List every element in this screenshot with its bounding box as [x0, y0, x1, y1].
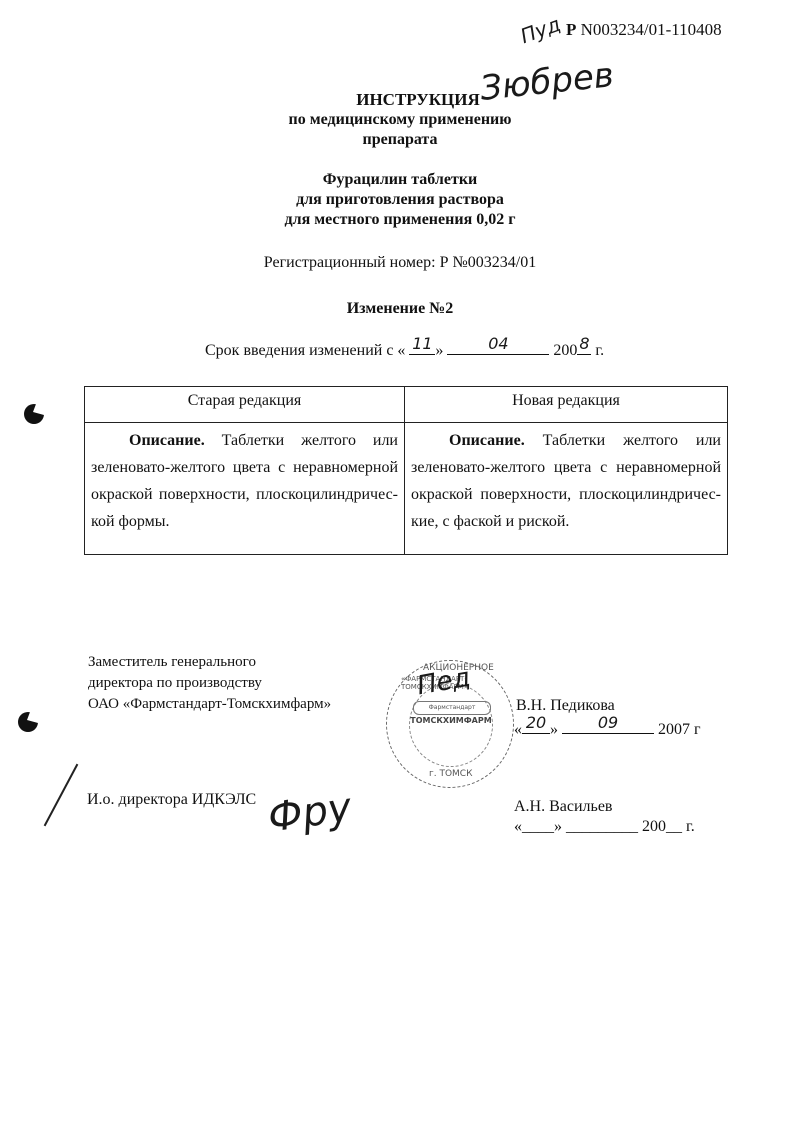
signer-1-date-open: «: [514, 721, 522, 738]
document-subtitle-line-1: по медицинскому применению: [0, 110, 800, 130]
signer-1-position-line-1: Заместитель генерального: [88, 652, 331, 673]
table-header-new-version: Новая редакция: [405, 387, 727, 423]
changes-table: Старая редакция Новая редакция Описание.…: [84, 386, 728, 555]
document-title: ИНСТРУКЦИЯ: [0, 90, 800, 110]
old-description-label: Описание.: [129, 432, 205, 449]
signer-1-day-field: 20: [522, 717, 550, 734]
punch-hole-icon: [24, 404, 44, 424]
signer-1-day-value: 20: [522, 713, 550, 732]
effective-date-line: Срок введения изменений с « 11» 04 2008 …: [205, 338, 604, 360]
handwritten-note-top: Пуд: [517, 12, 563, 48]
change-title: Изменение №2: [0, 300, 800, 318]
product-name-block: Фурацилин таблетки для приготовления рас…: [0, 170, 800, 230]
signer-1-year: 2007 г: [658, 721, 701, 738]
effective-day-field: 11: [409, 338, 435, 355]
signer-2-name: А.Н. Васильев: [514, 798, 612, 816]
effective-day-value: 11: [409, 334, 435, 353]
signer-1-date-line: «20» 09 2007 г: [514, 717, 701, 739]
doc-number-prefix: Р: [566, 20, 576, 39]
signer-2-position: И.о. директора ИДКЭЛС: [87, 791, 256, 809]
document-title-block: ИНСТРУКЦИЯ по медицинскому применению пр…: [0, 90, 800, 150]
signer-1-month-field: 09: [562, 717, 654, 734]
effective-year-value: 8: [577, 334, 591, 353]
doc-number-value: N003234/01-110408: [581, 20, 722, 39]
effective-day-close: »: [435, 342, 443, 359]
stamp-ring-bottom-text: г. ТОМСК: [429, 769, 472, 779]
document-subtitle-line-2: препарата: [0, 130, 800, 150]
table-cell-new-description: Описание. Таблетки желтого или зеленоват…: [405, 423, 727, 554]
new-description-label: Описание.: [449, 432, 525, 449]
registration-number: Регистрационный номер: Р №003234/01: [0, 254, 800, 272]
punch-hole-icon: [18, 712, 38, 732]
signer-1-position-line-2: директора по производству: [88, 673, 331, 694]
table-cell-old-description: Описание. Таблетки желтого или зеленоват…: [85, 423, 405, 554]
product-name-line-1: Фурацилин таблетки: [0, 170, 800, 190]
stamp-center-text: ТОМСКХИМФАРМ: [409, 716, 493, 725]
company-seal-stamp: АКЦИОНЕРНОЕ «ФАРМСТАНДАРТ-ТОМСКХИМФАРМ» …: [386, 660, 514, 788]
effective-month-value: 04: [447, 334, 549, 353]
effective-year-suffix: г.: [595, 342, 604, 359]
effective-month-field: 04: [447, 338, 549, 355]
product-name-line-2: для приготовления раствора: [0, 190, 800, 210]
product-name-line-3: для местного применения 0,02 г: [0, 210, 800, 230]
signer-1-month-value: 09: [562, 713, 654, 732]
signer-1-date-close: »: [550, 721, 558, 738]
signer-2-date-line: «____» _________ 200__ г.: [514, 818, 695, 836]
stamp-oval-logo: Фармстандарт: [413, 701, 491, 715]
effective-year-prefix: 200: [553, 342, 577, 359]
signer-1-position-line-3: ОАО «Фармстандарт-Томскхимфарм»: [88, 694, 331, 715]
margin-slash-mark: [44, 764, 79, 827]
document-reference-number: Р N003234/01-110408: [566, 20, 722, 40]
effective-year-field: 8: [577, 338, 591, 355]
effective-date-label: Срок введения изменений с «: [205, 342, 405, 359]
table-header-old-version: Старая редакция: [85, 387, 405, 423]
signer-1-position: Заместитель генерального директора по пр…: [88, 652, 331, 715]
signer-2-handwritten-signature: Фру: [265, 784, 354, 841]
